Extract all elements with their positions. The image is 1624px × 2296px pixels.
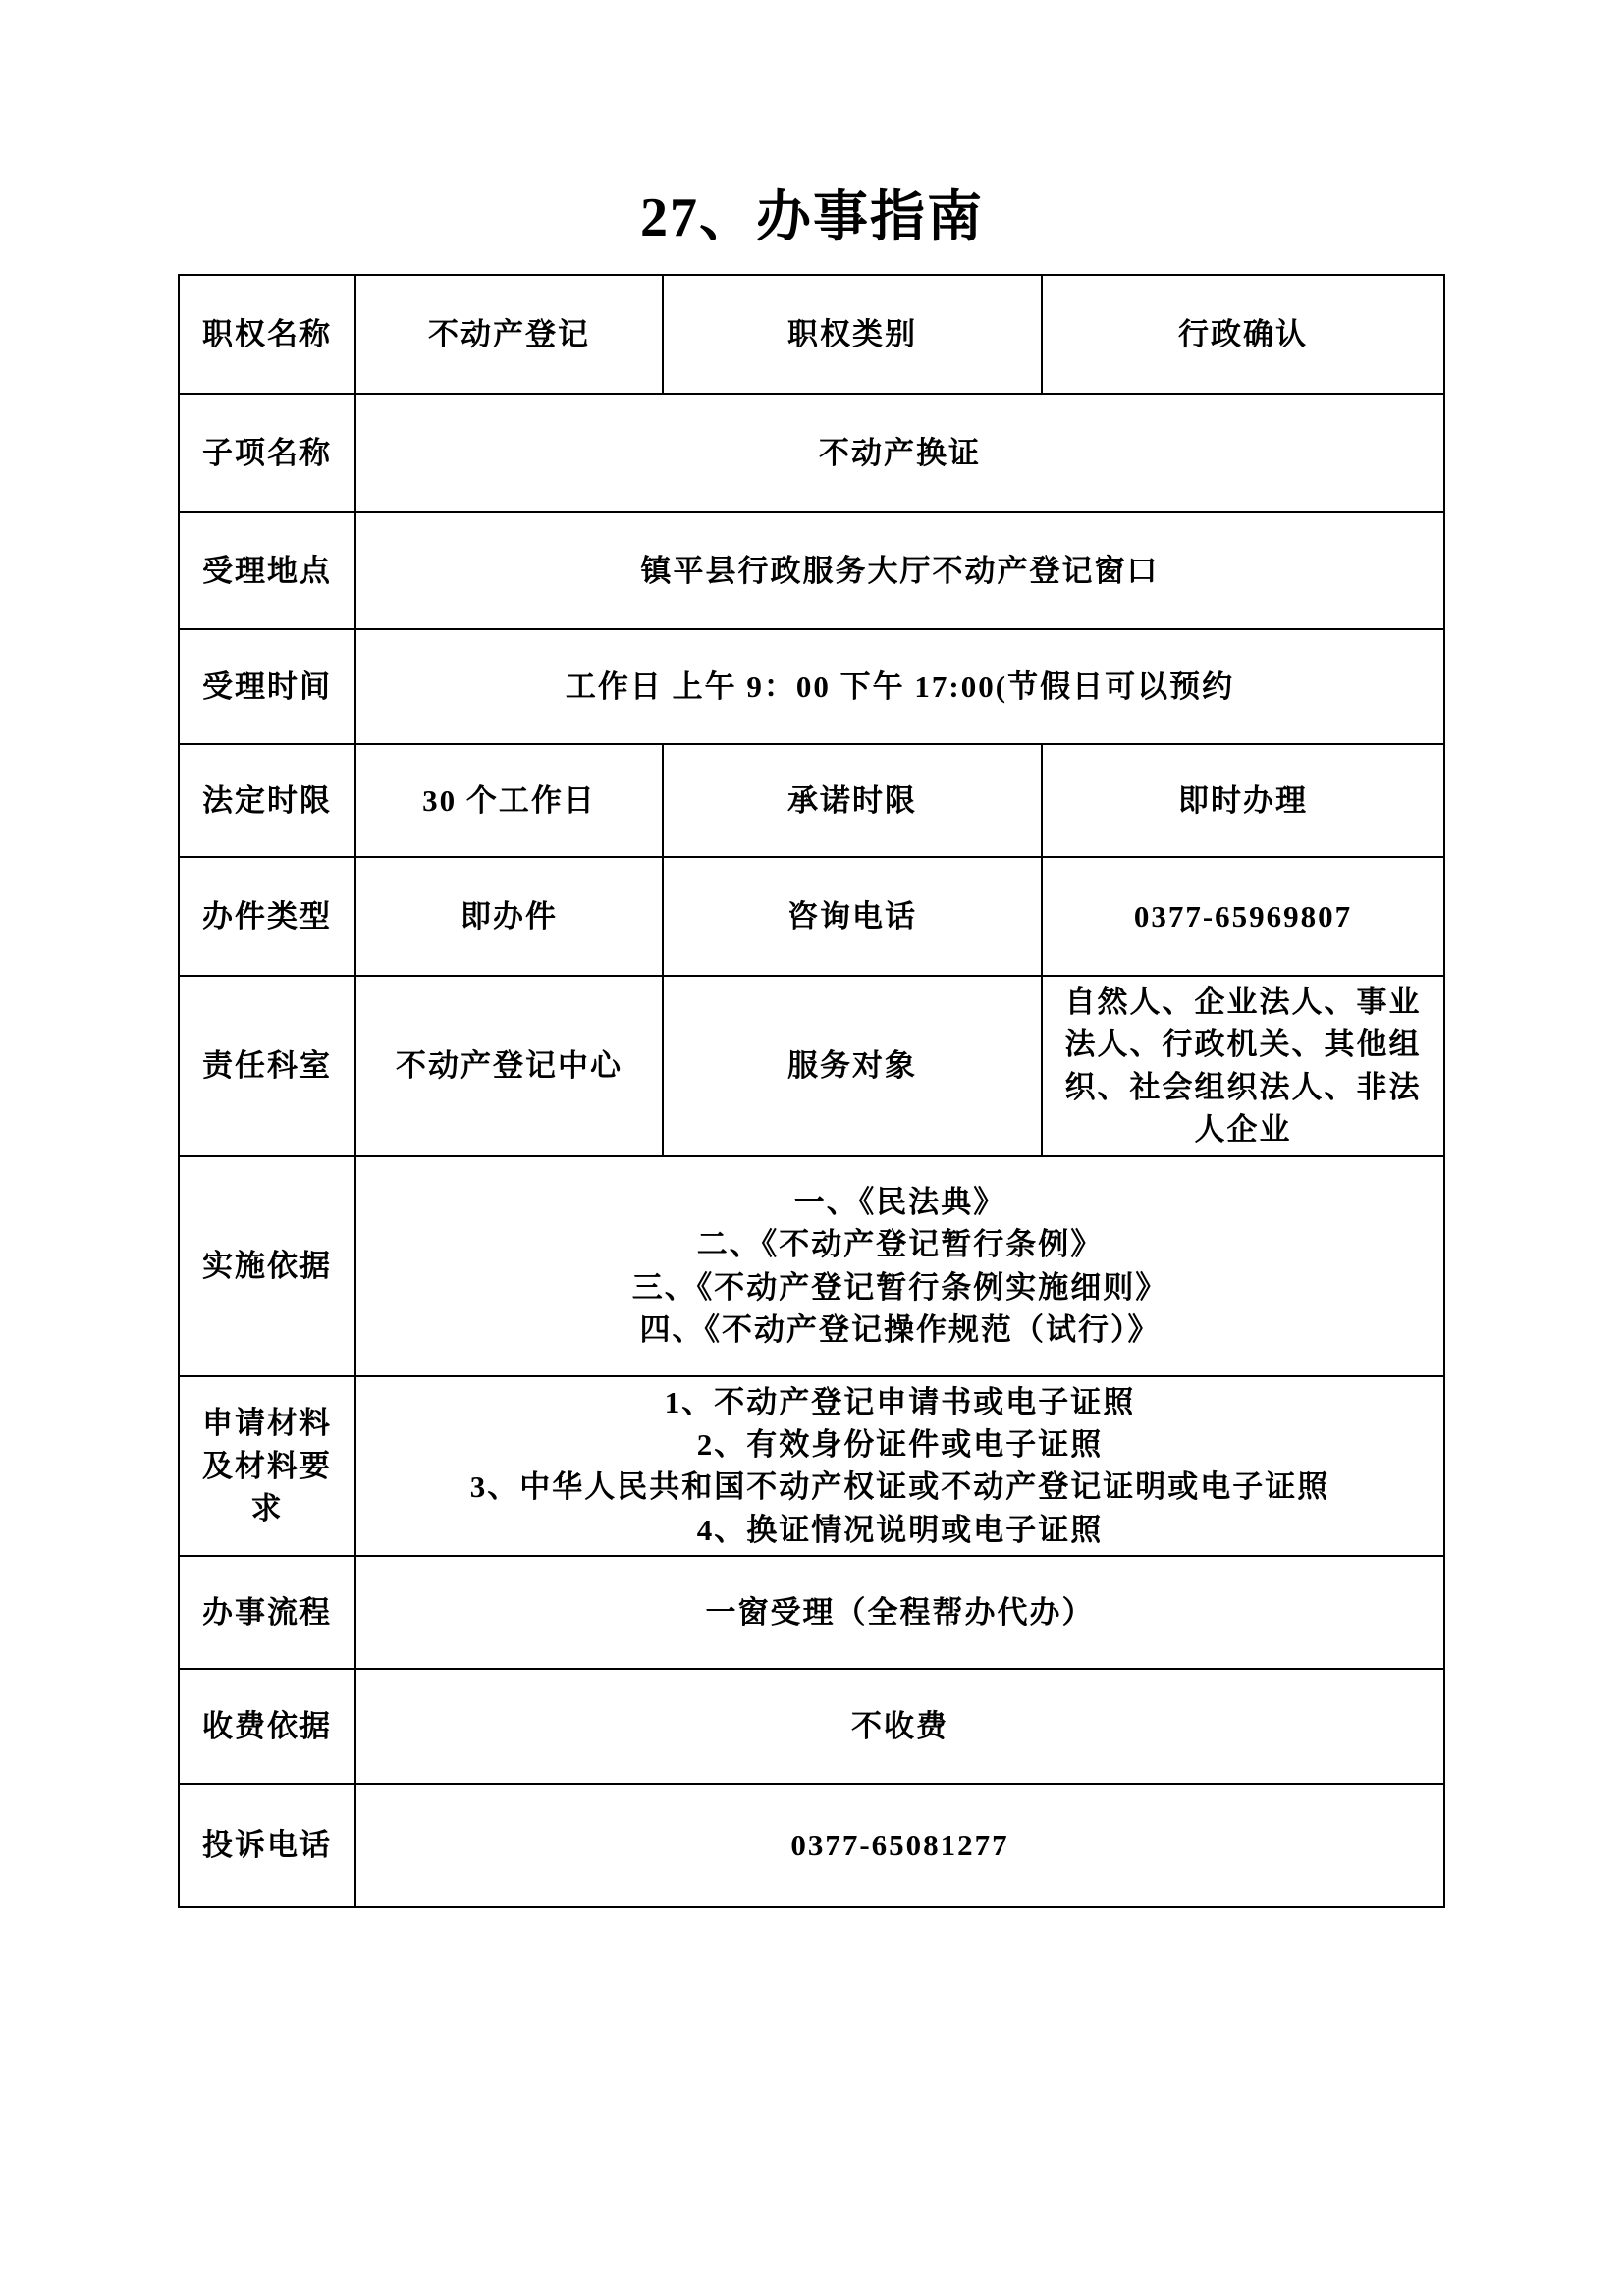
page-title: 27、办事指南 (0, 183, 1624, 253)
charging-basis-label: 收费依据 (179, 1669, 355, 1784)
implementation-basis-label: 实施依据 (179, 1156, 355, 1376)
table-row: 办件类型 即办件 咨询电话 0377-65969807 (179, 857, 1444, 976)
authority-type-label: 职权类别 (663, 275, 1042, 394)
promised-time-limit-label: 承诺时限 (663, 744, 1042, 857)
authority-name-label: 职权名称 (179, 275, 355, 394)
acceptance-time-value: 工作日 上午 9：00 下午 17:00(节假日可以预约 (355, 629, 1444, 744)
table-row: 实施依据 一、《民法典》 二、《不动产登记暂行条例》 三、《不动产登记暂行条例实… (179, 1156, 1444, 1376)
statutory-time-limit-label: 法定时限 (179, 744, 355, 857)
promised-time-limit-value: 即时办理 (1042, 744, 1444, 857)
table-row: 受理时间 工作日 上午 9：00 下午 17:00(节假日可以预约 (179, 629, 1444, 744)
acceptance-time-label: 受理时间 (179, 629, 355, 744)
table-row: 收费依据 不收费 (179, 1669, 1444, 1784)
handling-type-label: 办件类型 (179, 857, 355, 976)
implementation-basis-value: 一、《民法典》 二、《不动产登记暂行条例》 三、《不动产登记暂行条例实施细则》 … (355, 1156, 1444, 1376)
table-row: 办事流程 一窗受理（全程帮办代办） (179, 1556, 1444, 1669)
table-row: 申请材料及材料要求 1、不动产登记申请书或电子证照 2、有效身份证件或电子证照 … (179, 1376, 1444, 1557)
table-row: 投诉电话 0377-65081277 (179, 1784, 1444, 1907)
acceptance-place-label: 受理地点 (179, 512, 355, 629)
application-materials-value: 1、不动产登记申请书或电子证照 2、有效身份证件或电子证照 3、中华人民共和国不… (355, 1376, 1444, 1557)
service-target-value: 自然人、企业法人、事业 法人、行政机关、其他组 织、社会组织法人、非法 人企业 (1042, 976, 1444, 1156)
subitem-name-label: 子项名称 (179, 394, 355, 512)
application-materials-label: 申请材料及材料要求 (179, 1376, 355, 1557)
consultation-phone-value: 0377-65969807 (1042, 857, 1444, 976)
authority-type-value: 行政确认 (1042, 275, 1444, 394)
responsible-department-label: 责任科室 (179, 976, 355, 1156)
complaint-phone-value: 0377-65081277 (355, 1784, 1444, 1907)
process-value: 一窗受理（全程帮办代办） (355, 1556, 1444, 1669)
statutory-time-limit-value: 30 个工作日 (355, 744, 663, 857)
table-row: 法定时限 30 个工作日 承诺时限 即时办理 (179, 744, 1444, 857)
service-guide-table: 职权名称 不动产登记 职权类别 行政确认 子项名称 不动产换证 受理地点 镇平县… (178, 274, 1445, 1908)
consultation-phone-label: 咨询电话 (663, 857, 1042, 976)
table-row: 责任科室 不动产登记中心 服务对象 自然人、企业法人、事业 法人、行政机关、其他… (179, 976, 1444, 1156)
authority-name-value: 不动产登记 (355, 275, 663, 394)
handling-type-value: 即办件 (355, 857, 663, 976)
complaint-phone-label: 投诉电话 (179, 1784, 355, 1907)
process-label: 办事流程 (179, 1556, 355, 1669)
acceptance-place-value: 镇平县行政服务大厅不动产登记窗口 (355, 512, 1444, 629)
table-row: 职权名称 不动产登记 职权类别 行政确认 (179, 275, 1444, 394)
subitem-name-value: 不动产换证 (355, 394, 1444, 512)
table-row: 子项名称 不动产换证 (179, 394, 1444, 512)
responsible-department-value: 不动产登记中心 (355, 976, 663, 1156)
document-page: 27、办事指南 职权名称 不动产登记 职权类别 行政确认 子项名称 不动产换证 … (0, 0, 1624, 2296)
service-target-label: 服务对象 (663, 976, 1042, 1156)
table-row: 受理地点 镇平县行政服务大厅不动产登记窗口 (179, 512, 1444, 629)
charging-basis-value: 不收费 (355, 1669, 1444, 1784)
